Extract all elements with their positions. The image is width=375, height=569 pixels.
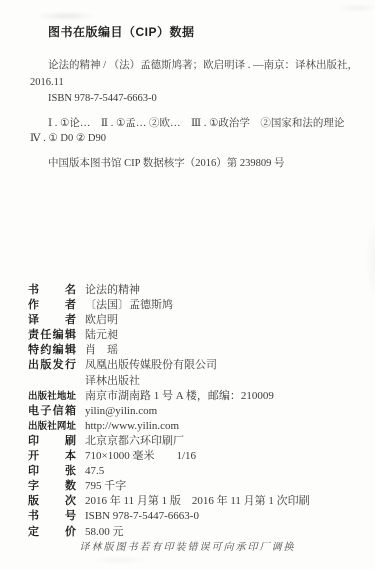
colophon-label: 出版社地址 <box>28 389 76 404</box>
colophon-row: 印刷北京京都六环印刷厂 <box>28 434 365 449</box>
colophon-label: 译者 <box>28 313 76 328</box>
colophon-row: 出版社网址http://www.yilin.com <box>28 419 365 434</box>
colophon-value: 〔法国〕孟德斯鸠 <box>85 299 173 311</box>
cip-description-line2: 2016.11 <box>30 76 64 89</box>
colophon-label: 书号 <box>28 509 76 524</box>
colophon-label: 出版发行 <box>28 358 76 373</box>
colophon-row: 书号ISBN 978-7-5447-6663-0 <box>28 509 365 524</box>
colophon-row: 字数795 千字 <box>28 479 365 494</box>
cip-description-line1: 论法的精神 / （法）孟德斯鸠著；欧启明译 . —南京：译林出版社， <box>48 59 358 72</box>
colophon-row: 版次2016 年 11 月第 1 版 2016 年 11 月第 1 次印刷 <box>28 494 365 509</box>
colophon-value: http://www.yilin.com <box>85 420 179 432</box>
colophon-label: 印刷 <box>28 434 76 449</box>
colophon-label: 字数 <box>28 479 76 494</box>
colophon-row: 责任编辑陆元昶 <box>28 328 365 343</box>
colophon-label: 作者 <box>28 298 76 313</box>
cip-heading: 图书在版编目（CIP）数据 <box>48 23 195 40</box>
colophon-value: 论法的精神 <box>85 284 140 296</box>
cip-classification-line1: Ⅰ . ①论… Ⅱ . ①孟… ②欧… Ⅲ . ①政治学 ②国家和法的理论 <box>48 117 344 130</box>
colophon-label: 书名 <box>28 283 76 298</box>
colophon-row: 译者欧启明 <box>28 313 365 328</box>
colophon-table: 书名论法的精神 作者〔法国〕孟德斯鸠 译者欧启明 责任编辑陆元昶 特约编辑肖 瑶… <box>28 283 365 540</box>
copyright-page: 图书在版编目（CIP）数据 论法的精神 / （法）孟德斯鸠著；欧启明译 . —南… <box>0 0 375 569</box>
colophon-value: 58.00 元 <box>85 526 124 538</box>
colophon-row: 特约编辑肖 瑶 <box>28 343 365 358</box>
colophon-value: 2016 年 11 月第 1 版 2016 年 11 月第 1 次印刷 <box>85 495 310 507</box>
colophon-value: 肖 瑶 <box>85 344 118 356</box>
footer-note: 译林版图书若有印装错误可向承印厂调换 <box>0 538 375 553</box>
cip-record-number: 中国版本图书馆 CIP 数据核字（2016）第 239809 号 <box>48 157 284 170</box>
cip-isbn-line: ISBN 978-7-5447-6663-0 <box>48 92 157 105</box>
colophon-value: 南京市湖南路 1 号 A 楼，邮编：210009 <box>85 390 274 402</box>
colophon-row: 书名论法的精神 <box>28 283 365 298</box>
colophon-value-line2: 译林出版社 <box>85 374 365 389</box>
colophon-value: 47.5 <box>85 465 104 477</box>
colophon-value: 欧启明 <box>85 314 118 326</box>
colophon-value: 凤凰出版传媒股份有限公司 <box>85 359 217 371</box>
colophon-label: 电子信箱 <box>28 404 76 419</box>
colophon-row: 出版发行凤凰出版传媒股份有限公司译林出版社 <box>28 358 365 388</box>
colophon-label: 特约编辑 <box>28 343 76 358</box>
colophon-row: 电子信箱yilin@yilin.com <box>28 404 365 419</box>
cip-classification-line2: Ⅳ . ① D0 ② D90 <box>30 132 106 145</box>
colophon-row: 印张47.5 <box>28 464 365 479</box>
colophon-row: 出版社地址南京市湖南路 1 号 A 楼，邮编：210009 <box>28 389 365 404</box>
colophon-row: 作者〔法国〕孟德斯鸠 <box>28 298 365 313</box>
colophon-row: 开本710×1000 毫米 1/16 <box>28 449 365 464</box>
colophon-value: 710×1000 毫米 1/16 <box>85 450 196 462</box>
colophon-value: ISBN 978-7-5447-6663-0 <box>85 510 199 522</box>
colophon-label: 出版社网址 <box>28 419 76 434</box>
colophon-label: 印张 <box>28 464 76 479</box>
colophon-value: yilin@yilin.com <box>85 405 157 417</box>
colophon-label: 责任编辑 <box>28 328 76 343</box>
colophon-value: 北京京都六环印刷厂 <box>85 435 184 447</box>
colophon-value: 陆元昶 <box>85 329 118 341</box>
colophon-label: 开本 <box>28 449 76 464</box>
colophon-value: 795 千字 <box>85 480 126 492</box>
colophon-label: 版次 <box>28 494 76 509</box>
